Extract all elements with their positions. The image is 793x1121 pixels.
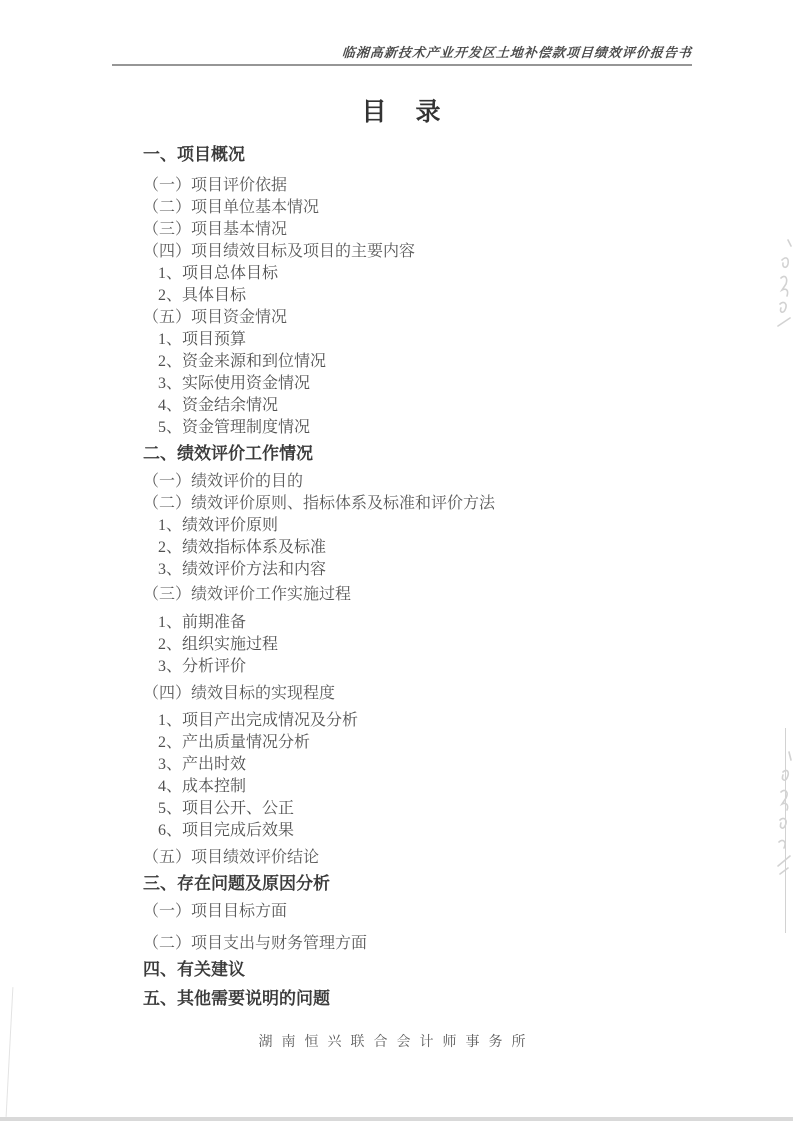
ink-bleed-artifact-bottom [776, 748, 792, 883]
toc-item: （四）绩效目标的实现程度 [143, 683, 733, 705]
document-page: 临湘高新技术产业开发区土地补偿款项目绩效评价报告书 目 录 一、项目概况（一）项… [0, 0, 793, 1121]
toc-item: （三）绩效评价工作实施过程 [143, 584, 733, 606]
toc-item: 5、资金管理制度情况 [143, 417, 733, 439]
toc-item: 五、其他需要说明的问题 [143, 987, 733, 1011]
toc-item: （一）项目目标方面 [143, 901, 733, 923]
toc-item: （五）项目绩效评价结论 [143, 847, 733, 869]
toc-item: （二）项目单位基本情况 [143, 197, 733, 219]
toc-item: 四、有关建议 [143, 958, 733, 982]
toc-item: 1、前期准备 [143, 612, 733, 634]
toc-item: 4、成本控制 [143, 776, 733, 798]
toc-item: 三、存在问题及原因分析 [143, 872, 733, 896]
toc-item: 2、绩效指标体系及标准 [143, 537, 733, 559]
toc-item: 5、项目公开、公正 [143, 798, 733, 820]
toc-item: 1、项目总体目标 [143, 263, 733, 285]
toc-item: 3、产出时效 [143, 754, 733, 776]
running-header-title: 临湘高新技术产业开发区土地补偿款项目绩效评价报告书 [111, 42, 692, 61]
toc-item: 1、项目产出完成情况及分析 [143, 710, 733, 732]
toc-item: （四）项目绩效目标及项目的主要内容 [143, 241, 733, 263]
toc-item: 3、分析评价 [143, 656, 733, 678]
toc-item: （五）项目资金情况 [143, 307, 733, 329]
toc-item: 1、绩效评价原则 [143, 515, 733, 537]
toc-item: （一）绩效评价的目的 [143, 471, 733, 493]
toc-item: 二、绩效评价工作情况 [143, 442, 733, 466]
toc-item: （三）项目基本情况 [143, 219, 733, 241]
toc-item: 3、绩效评价方法和内容 [143, 559, 733, 581]
toc-item: 3、实际使用资金情况 [143, 373, 733, 395]
page-edge-shadow-bottom [0, 1117, 793, 1121]
toc-item: 一、项目概况 [143, 143, 733, 167]
toc-item: 1、项目预算 [143, 329, 733, 351]
page-header: 临湘高新技术产业开发区土地补偿款项目绩效评价报告书 [0, 0, 793, 66]
toc-item: （二）绩效评价原则、指标体系及标准和评价方法 [143, 493, 733, 515]
toc-list: 一、项目概况（一）项目评价依据（二）项目单位基本情况（三）项目基本情况（四）项目… [143, 143, 733, 1011]
toc-item: 4、资金结余情况 [143, 395, 733, 417]
toc-item: 2、资金来源和到位情况 [143, 351, 733, 373]
page-edge-shadow-left [6, 987, 14, 1117]
toc-item: 6、项目完成后效果 [143, 820, 733, 842]
toc-item: 2、具体目标 [143, 285, 733, 307]
header-rule [112, 64, 692, 66]
toc-item: （一）项目评价依据 [143, 175, 733, 197]
toc-item: （二）项目支出与财务管理方面 [143, 933, 733, 955]
ink-bleed-artifact-top [776, 238, 792, 338]
page-footer: 湖南恒兴联合会计师事务所 [0, 1031, 793, 1051]
page-edge-shadow-right [785, 728, 786, 933]
toc-item: 2、组织实施过程 [143, 634, 733, 656]
toc-item: 2、产出质量情况分析 [143, 732, 733, 754]
toc-title: 目 录 [112, 92, 692, 128]
